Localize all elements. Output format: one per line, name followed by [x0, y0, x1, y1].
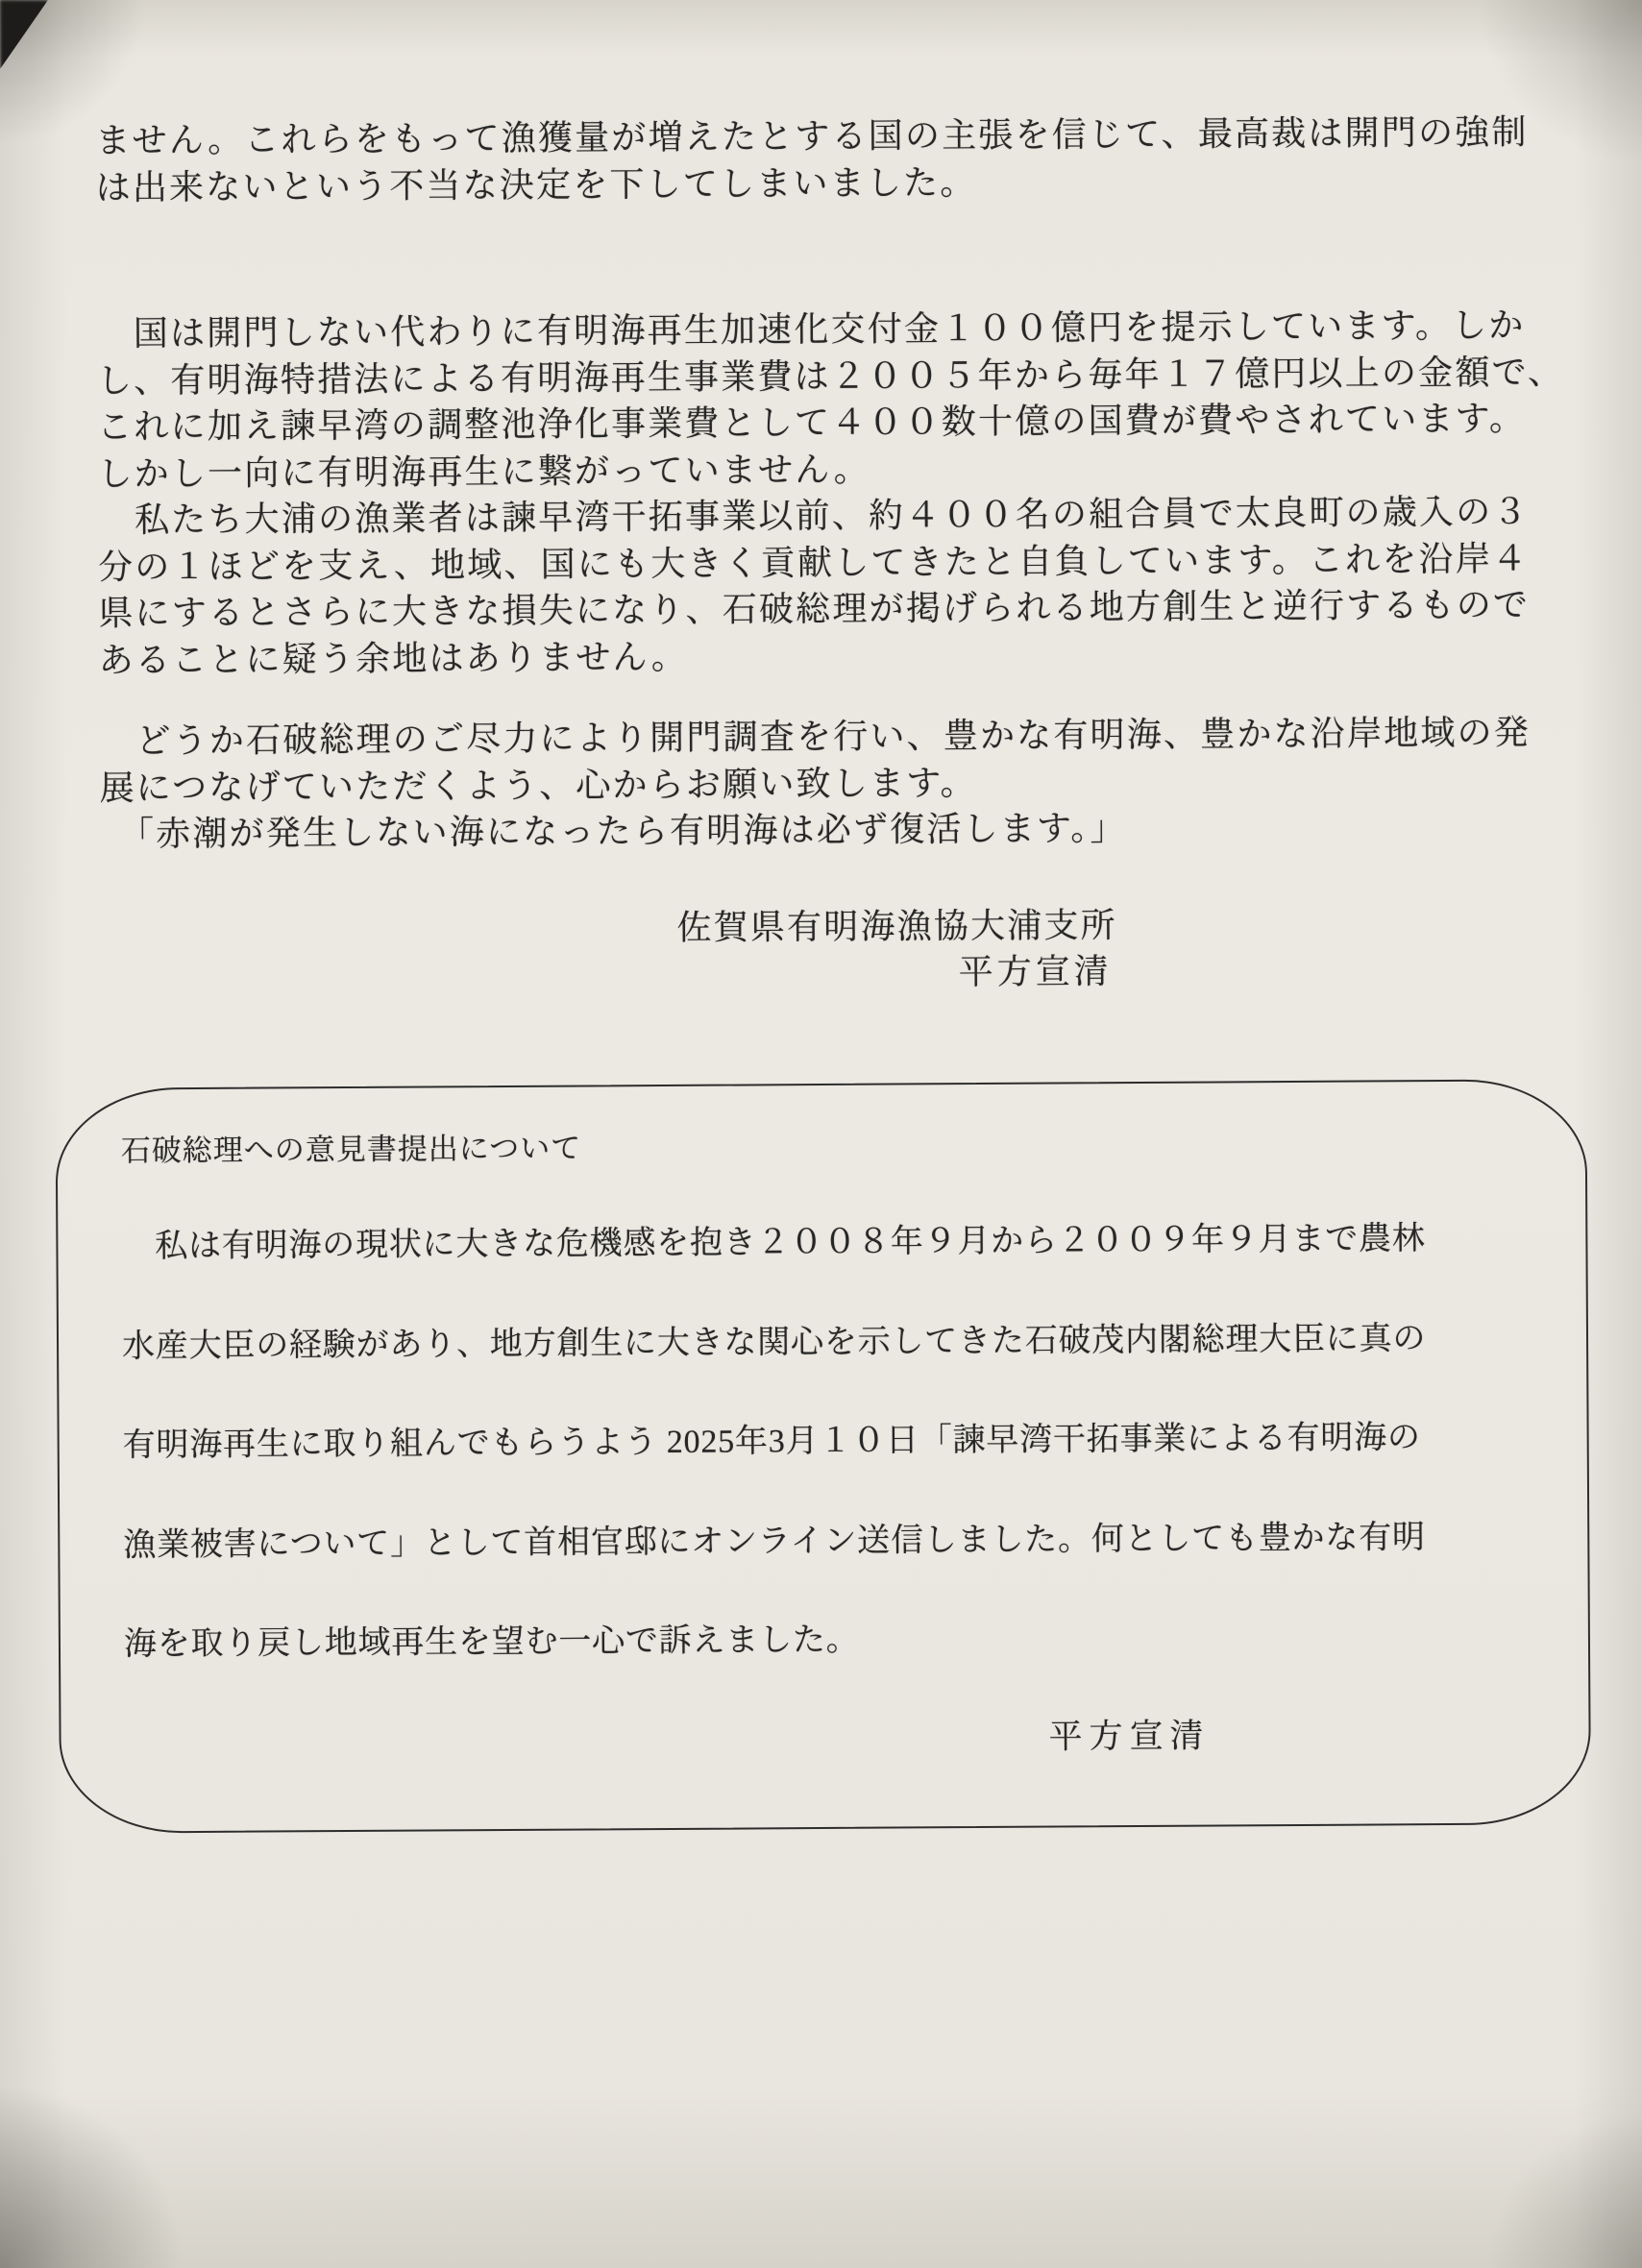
letter-body: ません。これらをもって漁獲量が増えたとする国の主張を信じて、最高裁は開門の強制 … [95, 109, 1576, 1001]
text-line: これに加え諫早湾の調整池浄化事業費として４００数十億の国費が費やされています。 [97, 395, 1572, 451]
note-box-title: 石破総理への意見書提出について [121, 1120, 1518, 1175]
text-line: 私は有明海の現状に大きな危機感を抱き２００８年９月から２００９年９月まで農林 [121, 1189, 1519, 1297]
note-box-signature-name: 平方宣清 [124, 1711, 1521, 1766]
text-line: あることに疑う余地はありません。 [99, 628, 1574, 684]
text-line: 漁業被害について」として首相官邸にオンライン送信しました。何としても豊かな有明 [123, 1487, 1521, 1595]
paragraph-request: どうか石破総理のご尽力により開門調査を行い、豊かな有明海、豊かな沿岸地域の発 展… [99, 709, 1575, 858]
text-line: 水産大臣の経験があり、地方創生に大きな関心を示してきた石破茂内閣総理大臣に真の [122, 1288, 1520, 1396]
text-line: 県にするとさらに大きな損失になり、石破総理が掲げられる地方創生と逆行するもので [98, 581, 1573, 637]
text-line: どうか石破総理のご尽力により開門調査を行い、豊かな有明海、豊かな沿岸地域の発 [99, 709, 1574, 765]
text-line: ません。これらをもって漁獲量が増えたとする国の主張を信じて、最高裁は開門の強制 [95, 109, 1570, 164]
text-line: 「赤潮が発生しない海になったら有明海は必ず復活します。」 [100, 802, 1575, 858]
text-line: は出来ないという不当な決定を下してしまいました。 [96, 156, 1571, 211]
signature-name: 平方宣清 [101, 945, 1576, 1001]
paragraph-funding-and-fishers: 国は開門しない代わりに有明海再生加速化交付金１００億円を提示しています。しか し… [96, 302, 1573, 683]
text-line: 海を取り戻し地域再生を望む一心で訴えました。 [124, 1587, 1522, 1695]
text-line: 有明海再生に取り組んでもらうよう 2025年3月１０日「諫早湾干拓事業による有明… [122, 1388, 1520, 1496]
paper-content: ません。これらをもって漁獲量が増えたとする国の主張を信じて、最高裁は開門の強制 … [0, 0, 1642, 2268]
scanned-letter-page: ません。これらをもって漁獲量が増えたとする国の主張を信じて、最高裁は開門の強制 … [0, 0, 1642, 2268]
note-box: 石破総理への意見書提出について 私は有明海の現状に大きな危機感を抱き２００８年９… [55, 1079, 1591, 1834]
paragraph-verdict: ません。これらをもって漁獲量が増えたとする国の主張を信じて、最高裁は開門の強制 … [95, 109, 1571, 210]
note-box-body: 私は有明海の現状に大きな危機感を抱き２００８年９月から２００９年９月まで農林 水… [121, 1189, 1521, 1695]
text-line: 私たち大浦の漁業者は諫早湾干拓事業以前、約４００名の組合員で太良町の歳入の３ [98, 488, 1573, 544]
text-line: 国は開門しない代わりに有明海再生加速化交付金１００億円を提示しています。しか [96, 302, 1571, 357]
